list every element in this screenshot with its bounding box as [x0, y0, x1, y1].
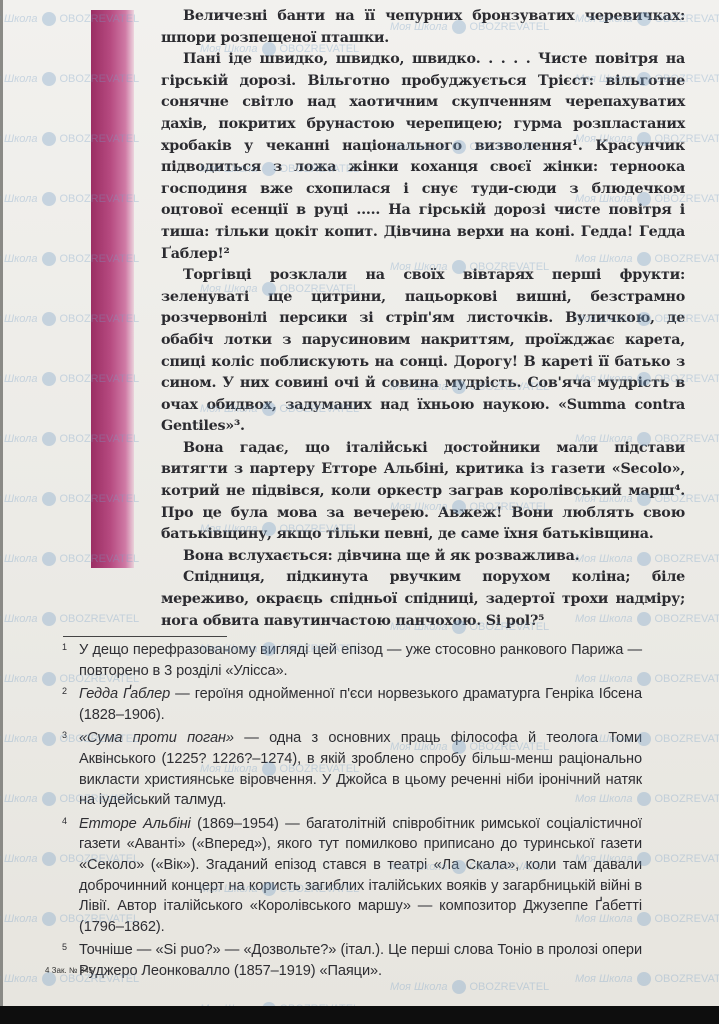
watermark-school-text: Моя Школа — [0, 853, 38, 865]
watermark-school-text: Моя Школа — [0, 73, 38, 85]
paragraph: Пані іде швидко, швидко, швидко. . . . .… — [161, 49, 685, 265]
accent-side-bar — [91, 10, 134, 568]
watermark-logo-icon — [42, 492, 56, 506]
watermark-school-text: Моя Школа — [0, 133, 38, 145]
watermark-school-text: Моя Школа — [0, 433, 38, 445]
watermark-school-text: Моя Школа — [0, 193, 38, 205]
watermark-brand-text: OBOZREVATEL — [655, 913, 719, 925]
watermark-logo-icon — [42, 852, 56, 866]
watermark-logo-icon — [42, 732, 56, 746]
watermark-logo-icon — [42, 12, 56, 26]
watermark-logo-icon — [42, 432, 56, 446]
watermark-school-text: Моя Школа — [0, 313, 38, 325]
watermark-logo-icon — [42, 552, 56, 566]
watermark-school-text: Моя Школа — [0, 613, 38, 625]
footnote-number: 4 — [62, 811, 67, 832]
footnote: 5Точніше — «Si puo?» — «Дозвольте?» (іта… — [62, 940, 642, 981]
watermark-logo-icon — [42, 252, 56, 266]
watermark-logo-icon — [42, 192, 56, 206]
footnote-text: (1869–1954) — багатолітній співробітник … — [79, 816, 642, 935]
footnote-italic: «Сума проти поган» — [79, 730, 234, 746]
watermark-logo-icon — [42, 912, 56, 926]
paragraph: Вона вслухається: дівчина ще й як розваж… — [161, 546, 685, 568]
footnote: 1У дещо перефразованому вигляді цей епіз… — [62, 640, 642, 681]
watermark-school-text: Моя Школа — [0, 913, 38, 925]
footnote: 2Гедда Ґаблер — героїня однойменної п'єс… — [62, 684, 642, 725]
watermark-school-text: Моя Школа — [0, 673, 38, 685]
footnote: 3«Сума проти поган» — одна з основних пр… — [62, 728, 642, 810]
footnote-number: 3 — [62, 725, 67, 746]
paragraph: Спідниця, підкинута рвучким порухом колі… — [161, 567, 685, 632]
main-text: Величезні банти на її чепурних бронзуват… — [161, 6, 685, 632]
watermark-brand-text: OBOZREVATEL — [60, 613, 140, 625]
watermark-school-text: Моя Школа — [0, 733, 38, 745]
watermark-logo-icon — [42, 612, 56, 626]
watermark-school-text: Моя Школа — [0, 493, 38, 505]
footnote-number: 5 — [62, 937, 67, 958]
watermark-brand-text: OBOZREVATEL — [655, 793, 719, 805]
watermark-school-text: Моя Школа — [0, 13, 38, 25]
watermark: Моя ШколаOBOZREVATEL — [0, 612, 139, 626]
watermark-school-text: Моя Школа — [0, 553, 38, 565]
watermark-school-text: Моя Школа — [0, 793, 38, 805]
textbook-page: Величезні банти на її чепурних бронзуват… — [0, 0, 719, 1008]
footnote: 4Етторе Альбіні (1869–1954) — багатолітн… — [62, 814, 642, 938]
watermark-logo-icon — [42, 372, 56, 386]
watermark-brand-text: OBOZREVATEL — [655, 733, 719, 745]
paragraph: Торгівці розклали на своїх вівтарях перш… — [161, 265, 685, 438]
watermark-logo-icon — [42, 312, 56, 326]
watermark-brand-text: OBOZREVATEL — [655, 673, 719, 685]
watermark-logo-icon — [42, 72, 56, 86]
page-edge — [0, 0, 3, 1008]
footnote-number: 1 — [62, 637, 67, 658]
footnote-italic: Гедда Ґаблер — [79, 686, 170, 702]
bottom-scan-edge — [0, 1006, 719, 1024]
paragraph: Вона гадає, що італійські достойники мал… — [161, 438, 685, 546]
footnote-text: Точніше — «Si puo?» — «Дозвольте?» (італ… — [79, 942, 642, 979]
watermark-brand-text: OBOZREVATEL — [655, 973, 719, 985]
footnote-text: У дещо перефразованому вигляді цей епізо… — [79, 642, 642, 679]
footnote-italic: Етторе Альбіні — [79, 816, 191, 832]
footnotes: 1У дещо перефразованому вигляді цей епіз… — [62, 640, 642, 985]
watermark-school-text: Моя Школа — [0, 373, 38, 385]
watermark-logo-icon — [42, 792, 56, 806]
watermark-brand-text: OBOZREVATEL — [655, 853, 719, 865]
watermark-logo-icon — [42, 672, 56, 686]
watermark-logo-icon — [42, 132, 56, 146]
footnote-number: 2 — [62, 681, 67, 702]
watermark-school-text: Моя Школа — [0, 973, 38, 985]
footnote-divider — [63, 636, 227, 637]
watermark-school-text: Моя Школа — [0, 253, 38, 265]
paragraph: Величезні банти на її чепурних бронзуват… — [161, 6, 685, 49]
print-order-mark: 4 Зак. № 345 — [45, 966, 93, 975]
